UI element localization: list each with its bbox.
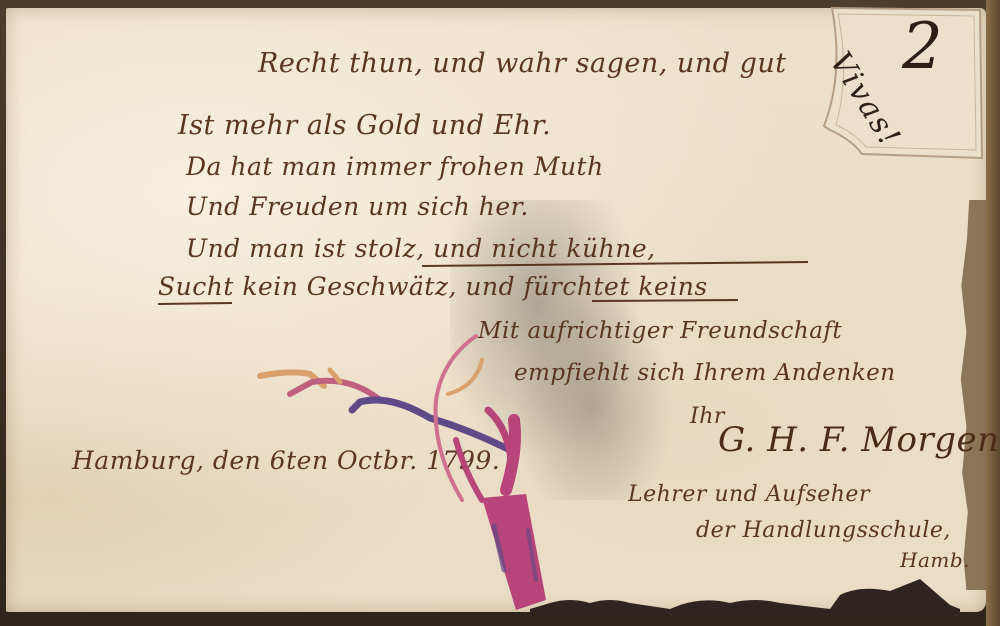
dedication-line-2: empfiehlt sich Ihrem Andenken bbox=[514, 360, 896, 386]
bottom-decorative-border bbox=[530, 575, 960, 615]
signature-title-2: der Handlungsschule, bbox=[696, 518, 951, 543]
verse-line-5: Und man ist stolz, und nicht kühne, bbox=[186, 234, 656, 263]
verse-line-1: Recht thun, und wahr sagen, und gut bbox=[258, 48, 787, 79]
verse-line-2: Ist mehr als Gold und Ehr. bbox=[178, 110, 551, 141]
page-number: 2 bbox=[902, 10, 943, 84]
signature-title-1: Lehrer und Aufseher bbox=[628, 482, 870, 507]
signature-title-3: Hamb. bbox=[900, 548, 970, 572]
signature-name: G. H. F. Morgen bbox=[718, 420, 1000, 460]
verse-line-3: Da hat man immer frohen Muth bbox=[186, 152, 604, 181]
coral-branch-illustration bbox=[250, 330, 570, 620]
verse-line-4: Und Freuden um sich her. bbox=[186, 192, 529, 221]
verse-line-6: Sucht kein Geschwätz, und fürchtet keins bbox=[158, 272, 708, 301]
